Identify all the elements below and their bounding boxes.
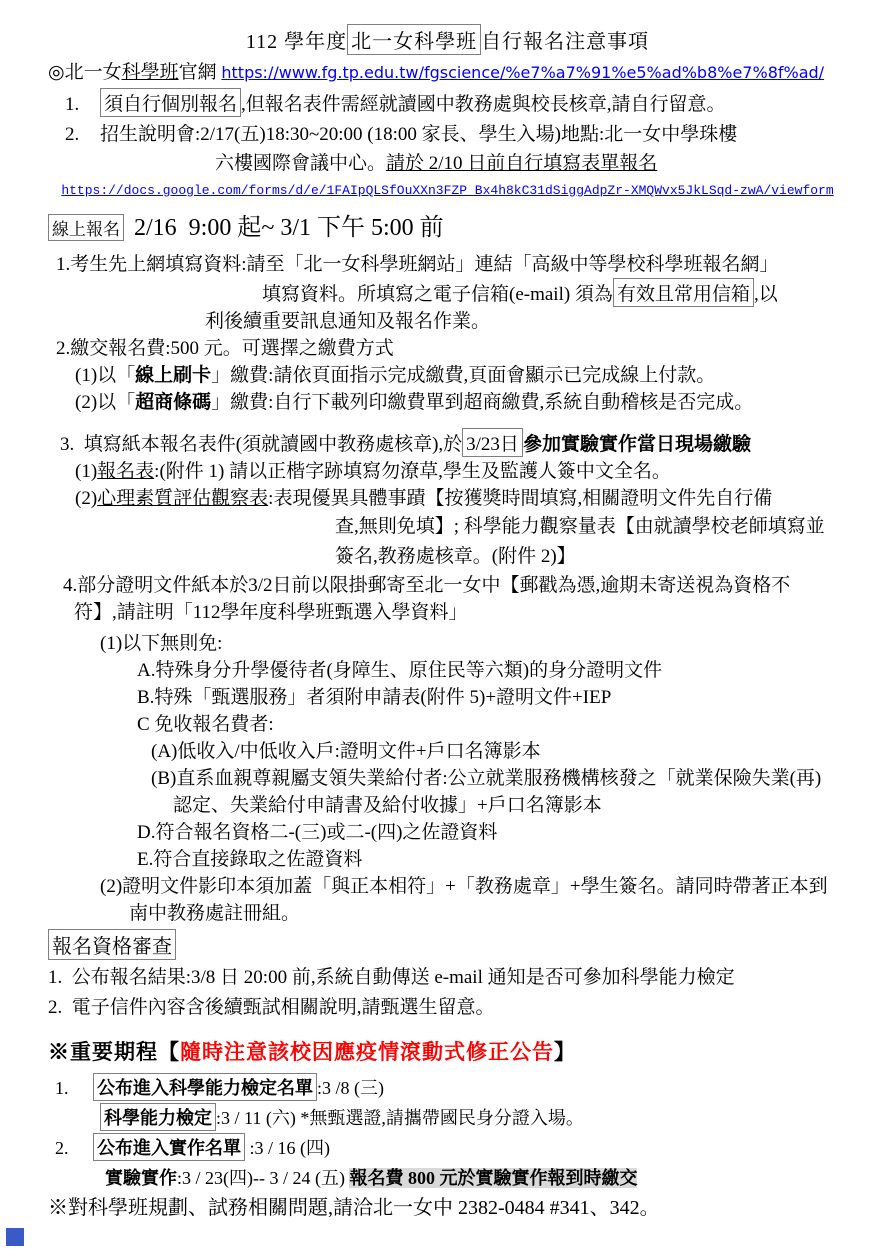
note-2-line-2: 六樓國際會議中心。請於 2/10 日前自行填寫表單報名 (215, 150, 847, 177)
corner-marker (6, 1228, 24, 1246)
doc-item-d: D.符合報名資格二-(三)或二-(四)之佐證資料 (137, 819, 847, 846)
step-1-line-2-post: ,以 (754, 284, 778, 305)
fee-highlight: 報名費 800 元於實驗實作報到時繳交 (349, 1168, 637, 1188)
google-form-link[interactable]: https://docs.google.com/forms/d/e/1FAIpQ… (61, 183, 833, 198)
step-1-line-1: 1.考生先上網填寫資料:請至「北一女科學班網站」連結「高級中等學校科學班報名網」 (56, 251, 847, 278)
step-3-bold: 參加實驗實作當日現場繳驗 (523, 434, 751, 455)
note-1: 1.須自行個別報名,但報名表件需經就讀國中教務處與校長核章,請自行留意。 (65, 88, 847, 120)
step-1-line-2: 填寫資料。所填寫之電子信箱(e-mail) 須為有效且常用信箱,以 (262, 278, 847, 308)
bracket-close: 】 (554, 1040, 576, 1064)
schedule-alert-red: 隨時注意該校因應疫情滾動式修正公告 (180, 1040, 554, 1064)
doc-item-e: E.符合直接錄取之佐證資料 (137, 846, 847, 873)
exam-list-date: :3 /8 (三) (317, 1078, 384, 1098)
title-boxed-term: 北一女科學班 (347, 24, 481, 55)
note-1-number: 1. (65, 89, 100, 120)
contact-footer: ※對科學班規劃、試務相關問題,請洽北一女中 2382-0484 #341、342… (48, 1193, 847, 1223)
item-1-num: (1) (75, 461, 97, 482)
option-2-post: 」繳費:自行下載列印繳費單到超商繳費,系統自動稽核是否完成。 (211, 392, 753, 413)
step-4-item-2-line-1: (2)證明文件影印本須加蓋「與正本相符」+「教務處章」+學生簽名。請同時帶著正本… (100, 873, 847, 900)
note-2-number: 2. (65, 120, 100, 150)
step-3-item-2-line-2: 查,無則免填】; 科學能力觀察量表【由就讀學校老師填寫並 (335, 512, 847, 542)
step-3-item-2-line-3: 簽名,教務處核章。(附件 2)】 (335, 542, 847, 572)
practicum-list-date: :3 / 16 (四) (245, 1138, 330, 1158)
item-1-text: :(附件 1) 請以正楷字跡填寫勿潦草,學生及監護人簽中文全名。 (154, 461, 671, 482)
schedule-item-3: 實驗實作:3 / 23(四)-- 3 / 24 (五) 報名費 800 元於實驗… (105, 1163, 847, 1193)
review-item-1: 1. 公布報名結果:3/8 日 20:00 前,系統自動傳送 e-mail 通知… (48, 963, 847, 993)
page-title: 112 學年度北一女科學班自行報名注意事項 (48, 24, 847, 57)
doc-item-c-b-line-1: (B)直系血親尊親屬支領失業給付者:公立就業服務機構核發之「就業保險失業(再) (151, 765, 847, 792)
note-2-location: 六樓國際會議中心。 (215, 153, 386, 174)
exam-boxed: 科學能力檢定 (100, 1103, 216, 1131)
date-boxed: 3/23日 (462, 428, 523, 457)
practicum-bold: 實驗實作 (105, 1168, 177, 1188)
doc-item-c-a: (A)低收入/中低收入戶:證明文件+戶口名簿影本 (151, 738, 847, 765)
note-2-deadline-underlined: 請於 2/10 日前自行填寫表單報名 (386, 153, 657, 174)
step-2-option-2: (2)以「超商條碼」繳費:自行下載列印繳費單到超商繳費,系統自動稽核是否完成。 (75, 389, 847, 416)
title-post: 自行報名注意事項 (481, 31, 649, 53)
schedule-item-1: 1.公布進入科學能力檢定名單:3 /8 (三) (55, 1073, 847, 1103)
online-registration-period: 2/16 9:00 起~ 3/1 下午 5:00 前 (134, 215, 444, 241)
step-2-line: 2.繳交報名費:500 元。可選擇之繳費方式 (56, 335, 847, 362)
online-registration-heading: 線上報名2/16 9:00 起~ 3/1 下午 5:00 前 (48, 209, 847, 247)
schedule-item-1-number: 1. (55, 1073, 93, 1103)
option-2-method: 超商條碼 (135, 392, 211, 413)
doc-item-b: B.特殊「甄選服務」者須附申請表(附件 5)+證明文件+IEP (137, 684, 847, 711)
doc-item-c: C 免收報名費者: (137, 711, 847, 738)
official-site-link[interactable]: https://www.fg.tp.edu.tw/fgscience/%e7%a… (221, 63, 824, 82)
note-2-text: 招生說明會:2/17(五)18:30~20:00 (18:00 家長、學生入場)… (100, 124, 737, 145)
schedule-heading-text: ※重要期程 (48, 1040, 158, 1064)
doc-item-a: A.特殊身分升學優待者(身障生、原住民等六類)的身分證明文件 (137, 657, 847, 684)
doc-item-c-b-line-2: 認定、失業給付申請書及給付收據」+戶口名簿影本 (173, 792, 847, 819)
site-underlined: 科學班 (122, 62, 179, 83)
bracket-open: 【 (158, 1040, 180, 1064)
exam-date: :3 / 11 (六) *無甄選證,請攜帶國民身分證入場。 (216, 1108, 584, 1128)
step-3-item-1: (1)報名表:(附件 1) 請以正楷字跡填寫勿潦草,學生及監護人簽中文全名。 (75, 458, 847, 485)
step-4-line-1: 4.部分證明文件紙本於3/2日前以限掛郵寄至北一女中【郵戳為憑,逾期未寄送視為資… (63, 572, 847, 599)
schedule-item-2-number: 2. (55, 1133, 93, 1163)
practicum-list-boxed: 公布進入實作名單 (93, 1133, 245, 1161)
document-page: 112 學年度北一女科學班自行報名注意事項 ◎北一女科學班官網 https://… (0, 0, 883, 1249)
option-1-method: 線上刷卡 (135, 365, 211, 386)
step-1-line-3: 利後續重要訊息通知及報名作業。 (205, 308, 847, 335)
review-item-2: 2. 電子信件內容含後續甄試相關說明,請甄選生留意。 (48, 993, 847, 1023)
item-2-text: :表現優異具體事蹟【按獲獎時間填寫,相關證明文件先自行備 (268, 488, 772, 509)
item-1-underlined: 報名表 (97, 461, 154, 482)
schedule-item-1b: 科學能力檢定:3 / 11 (六) *無甄選證,請攜帶國民身分證入場。 (100, 1103, 847, 1133)
review-section-heading: 報名資格審查 (48, 929, 847, 963)
online-registration-badge: 線上報名 (48, 214, 124, 241)
item-2-num: (2) (75, 488, 97, 509)
step-3-item-2-line-1: (2)心理素質評估觀察表:表現優異具體事蹟【按獲獎時間填寫,相關證明文件先自行備 (75, 485, 847, 512)
item-2-underlined: 心理素質評估觀察表 (97, 488, 268, 509)
site-suffix: 官網 (179, 62, 222, 83)
step-4-line-2: 符】,請註明「112學年度科學班甄選入學資料」 (74, 599, 847, 626)
practicum-dates: :3 / 23(四)-- 3 / 24 (五) (177, 1168, 349, 1188)
form-url-line: https://docs.google.com/forms/d/e/1FAIpQ… (48, 177, 847, 203)
step-4-item-2-line-2: 南中教務處註冊組。 (129, 900, 847, 927)
option-1-pre: (1)以「 (75, 365, 135, 386)
title-pre: 112 學年度 (246, 31, 347, 53)
site-prefix: ◎北一女 (48, 62, 122, 83)
step-1-line-2-pre: 填寫資料。所填寫之電子信箱(e-mail) 須為 (262, 284, 613, 305)
option-1-post: 」繳費:請依頁面指示完成繳費,頁面會顯示已完成線上付款。 (211, 365, 715, 386)
option-2-pre: (2)以「 (75, 392, 135, 413)
valid-email-boxed: 有效且常用信箱 (613, 278, 754, 307)
exam-list-boxed: 公布進入科學能力檢定名單 (93, 1073, 317, 1101)
note-2-line-1: 2.招生說明會:2/17(五)18:30~20:00 (18:00 家長、學生入… (65, 120, 847, 150)
document-body: 112 學年度北一女科學班自行報名注意事項 ◎北一女科學班官網 https://… (0, 0, 883, 1223)
step-2-option-1: (1)以「線上刷卡」繳費:請依頁面指示完成繳費,頁面會顯示已完成線上付款。 (75, 362, 847, 389)
schedule-item-2: 2.公布進入實作名單 :3 / 16 (四) (55, 1133, 847, 1163)
review-badge-boxed: 報名資格審查 (48, 929, 176, 960)
step-4-item-1: (1)以下無則免: (100, 630, 847, 657)
note-1-text: ,但報名表件需經就讀國中教務處與校長核章,請自行留意。 (241, 94, 726, 115)
schedule-heading: ※重要期程【隨時注意該校因應疫情滾動式修正公告】 (48, 1037, 847, 1067)
note-1-boxed: 須自行個別報名 (100, 88, 241, 117)
official-site-line: ◎北一女科學班官網 https://www.fg.tp.edu.tw/fgsci… (48, 57, 847, 88)
step-3-pre: 3. 填寫紙本報名表件(須就讀國中教務處核章),於 (60, 434, 462, 455)
step-3-line: 3. 填寫紙本報名表件(須就讀國中教務處核章),於3/23日參加實驗實作當日現場… (60, 428, 847, 458)
